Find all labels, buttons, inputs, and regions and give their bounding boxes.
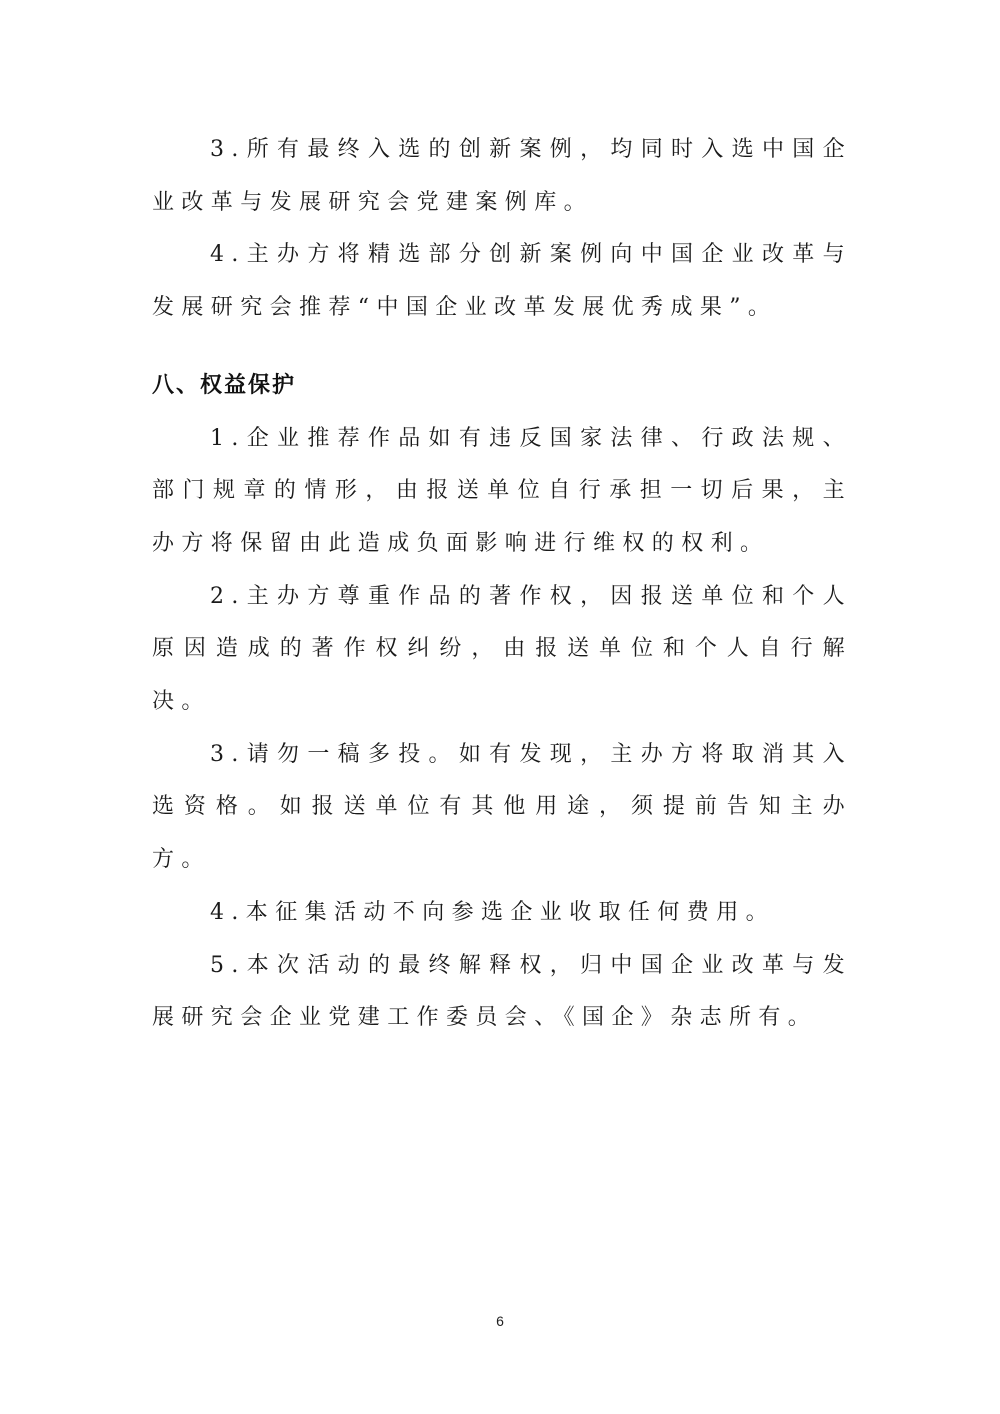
page-number: 6 [0,1313,1000,1329]
paragraph-rights-item-5: 5.本次活动的最终解释权，归中国企业改革与发展研究会企业党建工作委员会、《国企》… [152,940,852,1045]
paragraph-rights-item-1: 1.企业推荐作品如有违反国家法律、行政法规、部门规章的情形，由报送单位自行承担一… [152,413,852,571]
paragraph-rights-item-2: 2.主办方尊重作品的著作权，因报送单位和个人原因造成的著作权纠纷，由报送单位和个… [152,571,852,729]
paragraph-prev-item-4: 4.主办方将精选部分创新案例向中国企业改革与发展研究会推荐“中国企业改革发展优秀… [152,229,852,334]
section-heading-rights-protection: 八、权益保护 [152,360,852,413]
paragraph-rights-item-4: 4.本征集活动不向参选企业收取任何费用。 [152,887,852,940]
document-page: 3.所有最终入选的创新案例，均同时入选中国企业改革与发展研究会党建案例库。 4.… [0,0,1000,1414]
page-content: 3.所有最终入选的创新案例，均同时入选中国企业改革与发展研究会党建案例库。 4.… [152,124,852,1045]
paragraph-prev-item-3: 3.所有最终入选的创新案例，均同时入选中国企业改革与发展研究会党建案例库。 [152,124,852,229]
paragraph-rights-item-3: 3.请勿一稿多投。如有发现，主办方将取消其入选资格。如报送单位有其他用途，须提前… [152,729,852,887]
